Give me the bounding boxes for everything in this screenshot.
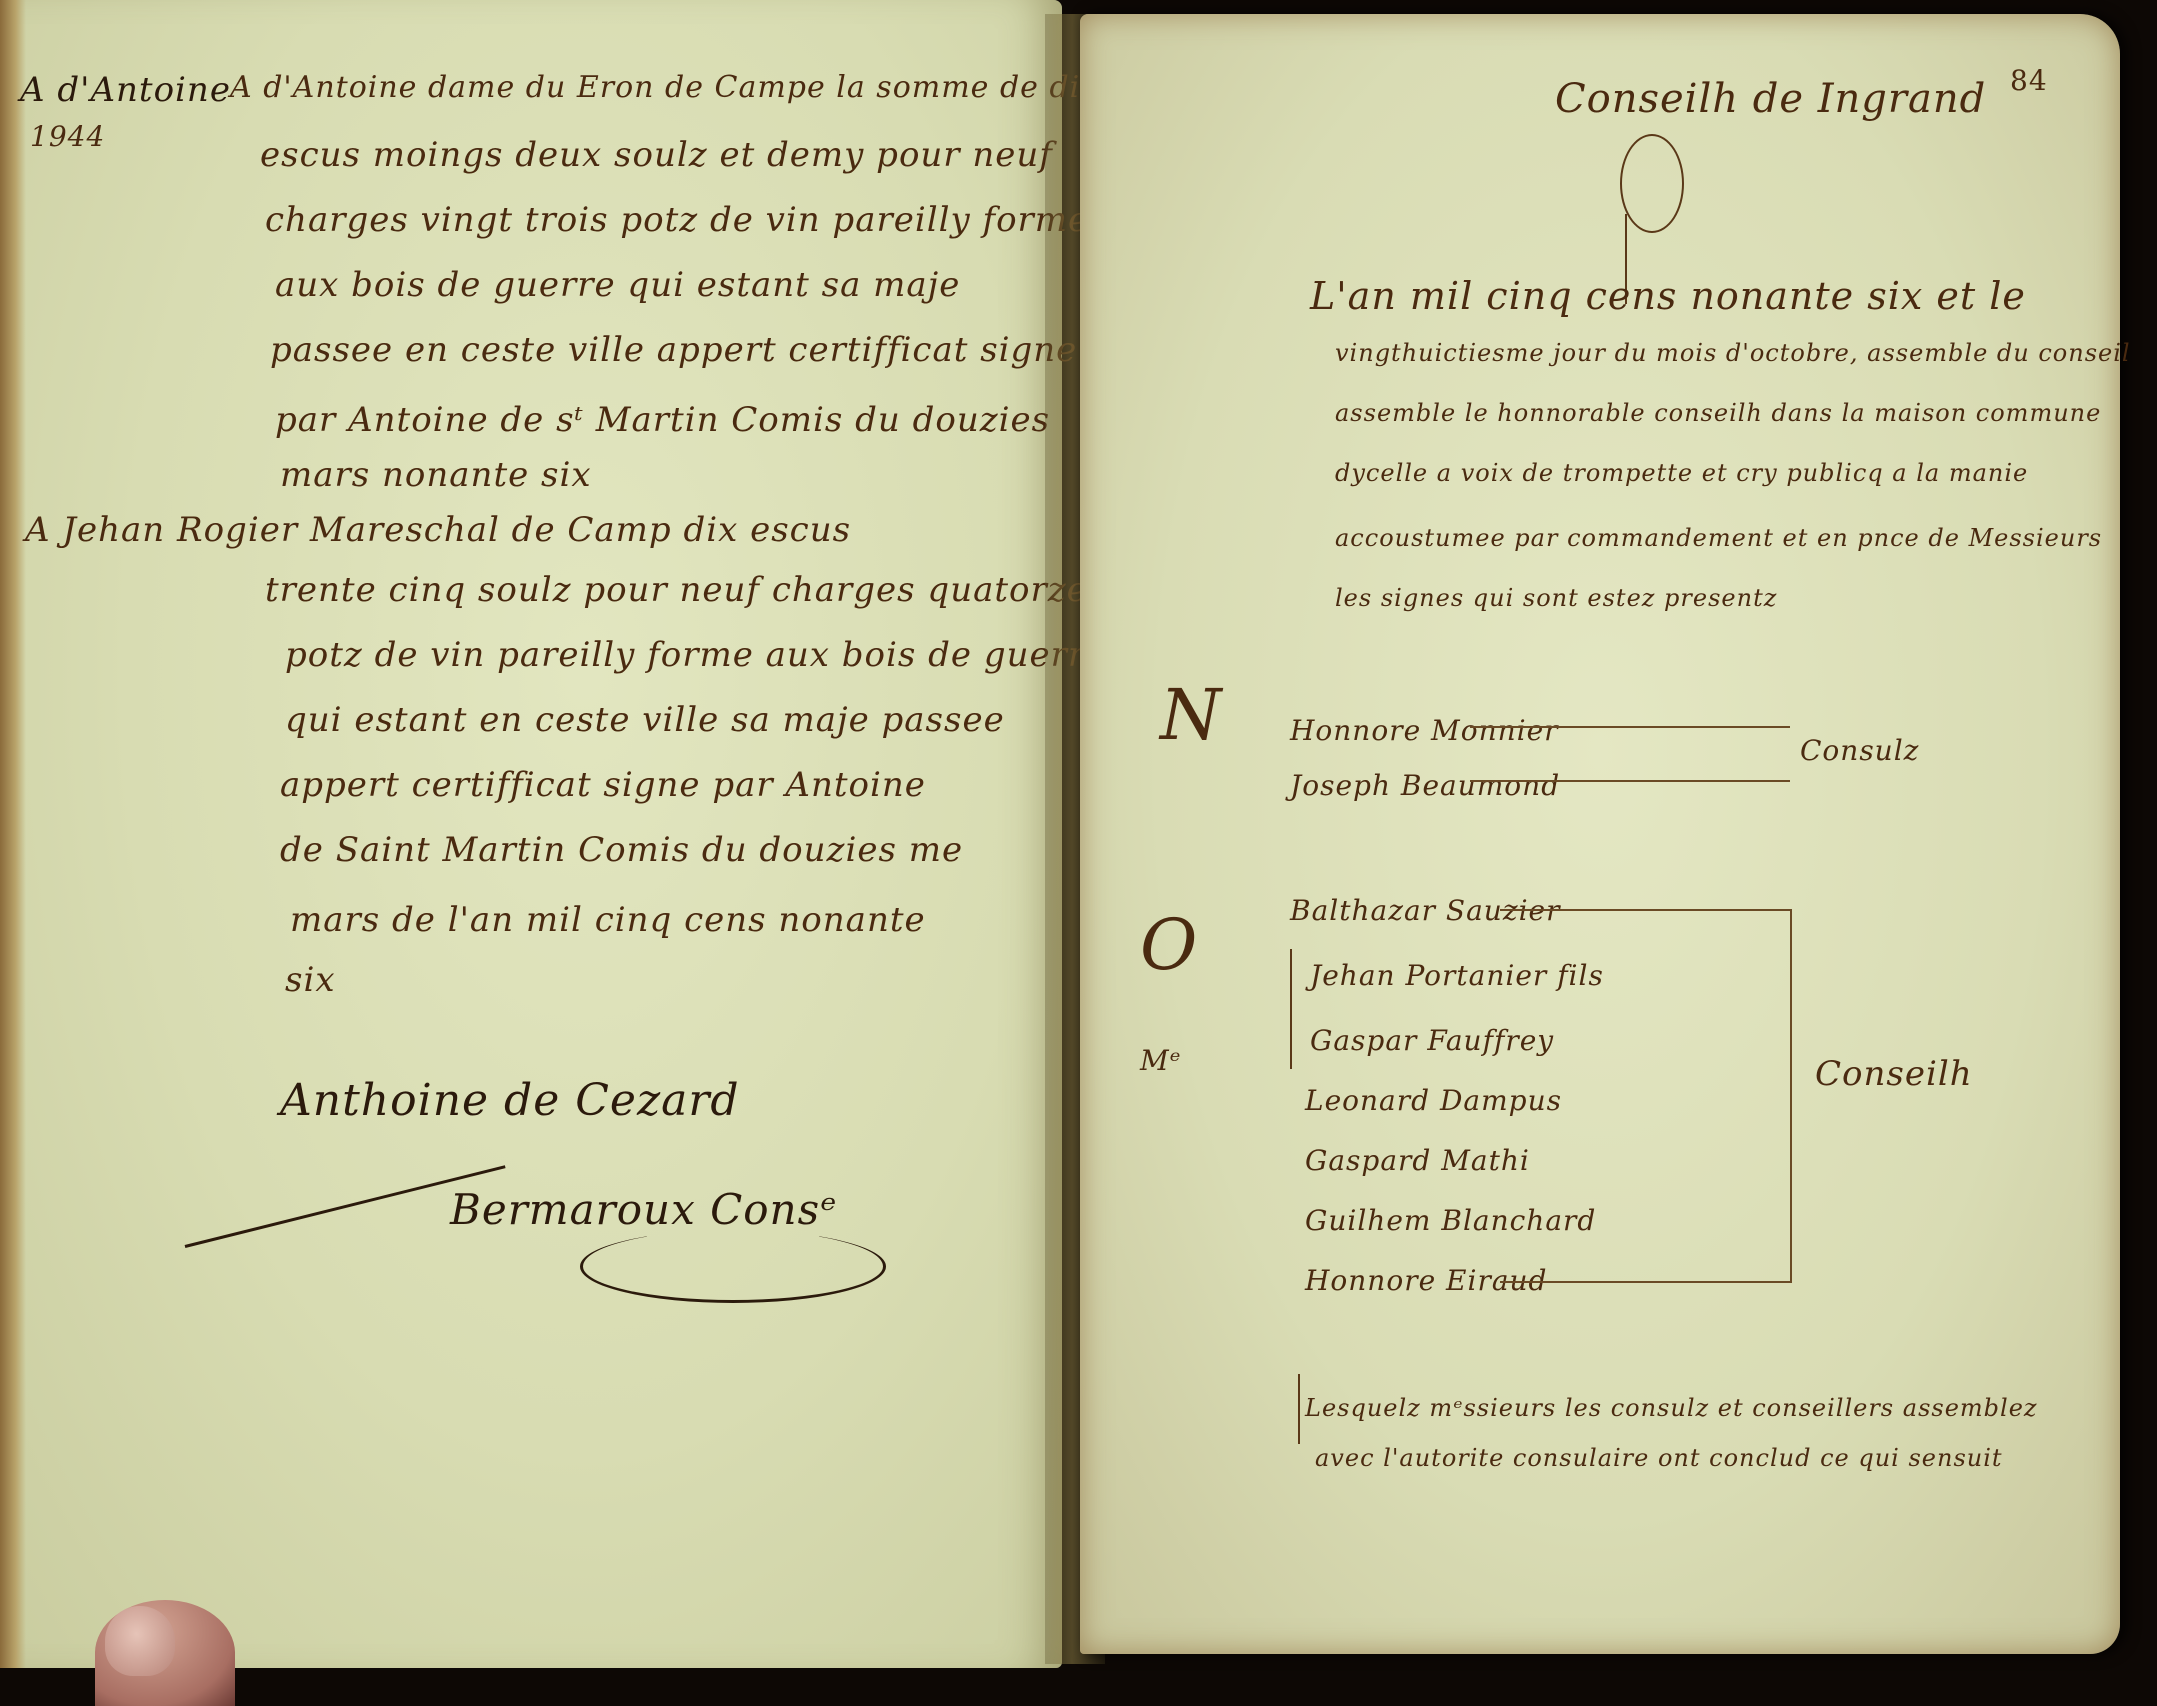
closing-line: avec l'autorite consulaire ont conclud c… — [1315, 1444, 2003, 1472]
intro-line: vingthuictiesme jour du mois d'octobre, … — [1335, 339, 2131, 367]
folio-number: 84 — [2010, 64, 2048, 97]
council-marker-o: O — [1140, 904, 1198, 986]
entry-2-line: A Jehan Rogier Mareschal de Camp dix esc… — [25, 510, 851, 550]
thumbnail — [105, 1606, 175, 1676]
intro-line: L'an mil cinq cens nonante six et le — [1310, 274, 2026, 318]
signature-1: Anthoine de Cezard — [280, 1075, 740, 1126]
entry-2-line: six — [285, 960, 336, 1000]
intro-line: accoustumee par commandement et en pnce … — [1335, 524, 2102, 552]
entry-1-line: mars nonante six — [280, 455, 592, 495]
council-marker-m: Mᵉ — [1140, 1044, 1182, 1077]
consuls-label: Consulz — [1800, 734, 1919, 767]
page-heading: Conseilh de Ingrand — [1555, 76, 1986, 122]
closing-bracket — [1298, 1374, 1300, 1444]
entry-2-line: de Saint Martin Comis du douzies me — [280, 830, 963, 870]
entry-1-line: passee en ceste ville appert certifficat… — [270, 330, 1077, 370]
consuls-marker: N — [1160, 674, 1222, 756]
entry-1-line: par Antoine de sᵗ Martin Comis du douzie… — [275, 400, 1050, 440]
signature-paraph — [580, 1230, 886, 1303]
paraph-flourish-icon — [1620, 134, 1684, 233]
margin-number: 1944 — [30, 120, 105, 153]
intro-line: les signes qui sont estez presentz — [1335, 584, 1777, 612]
entry-1-line: charges vingt trois potz de vin pareilly… — [265, 200, 1089, 240]
entry-2-line: appert certifficat signe par Antoine — [280, 765, 926, 805]
entry-2-line: mars de l'an mil cinq cens nonante — [290, 900, 926, 940]
council-label: Conseilh — [1815, 1054, 1973, 1094]
open-manuscript: A d'Antoine 1944 A d'Antoine dame du Ero… — [0, 0, 2157, 1706]
entry-2-line: potz de vin pareilly forme aux bois de g… — [285, 635, 1106, 675]
councillor-name: Gaspard Mathi — [1305, 1144, 1530, 1177]
intro-line: dycelle a voix de trompette et cry publi… — [1335, 459, 2028, 487]
signature-2: Bermaroux Consᵉ — [450, 1185, 837, 1234]
left-folio: A d'Antoine 1944 A d'Antoine dame du Ero… — [0, 0, 1062, 1668]
margin-heading: A d'Antoine — [20, 70, 231, 110]
consuls-bracket — [1470, 726, 1790, 782]
intro-line: assemble le honnorable conseilh dans la … — [1335, 399, 2101, 427]
entry-2-line: qui estant en ceste ville sa maje passee — [285, 700, 1005, 740]
left-page-edge — [0, 0, 26, 1668]
entry-1-line: A d'Antoine dame du Eron de Campe la som… — [230, 70, 1158, 105]
entry-1-line: escus moings deux soulz et demy pour neu… — [260, 135, 1053, 175]
entry-1-line: aux bois de guerre qui estant sa maje — [275, 265, 960, 305]
right-folio: 84 Conseilh de Ingrand L'an mil cinq cen… — [1080, 14, 2120, 1654]
closing-line: Lesquelz mᵉssieurs les consulz et consei… — [1305, 1394, 2038, 1422]
council-bracket — [1500, 909, 1792, 1283]
entry-2-line: trente cinq soulz pour neuf charges quat… — [265, 570, 1088, 610]
council-brace-stroke — [1290, 949, 1292, 1069]
